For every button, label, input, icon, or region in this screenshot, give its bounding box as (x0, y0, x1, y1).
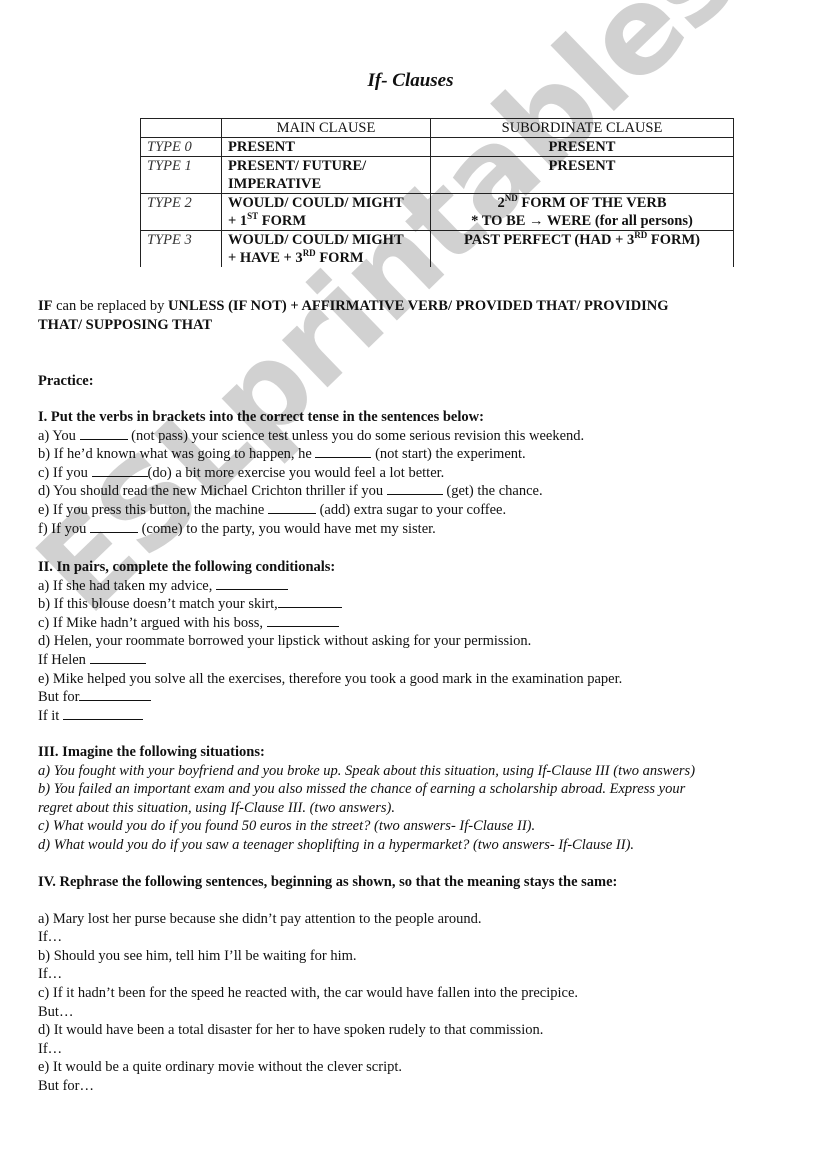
exercise-item: If it (38, 707, 622, 726)
answer-blank[interactable] (267, 614, 339, 627)
item-text: c) If you (38, 465, 92, 481)
cell-line: * TO BE → WERE (for all persons) (437, 212, 727, 230)
section-2-heading: II. In pairs, complete the following con… (38, 558, 622, 577)
exercise-item: d) It would have been a total disaster f… (38, 1021, 617, 1040)
table-row: TYPE 0PRESENTPRESENT (141, 138, 734, 157)
worksheet-page: ESLprintables.com If- Clauses MAIN CLAUS… (0, 0, 821, 1169)
exercise-item: But… (38, 1003, 617, 1022)
subordinate-clause-cell: PRESENT (431, 157, 734, 194)
exercise-item: regret about this situation, using If-Cl… (38, 799, 695, 818)
exercise-item: a) If she had taken my advice, (38, 577, 622, 596)
exercise-item: d) What would you do if you saw a teenag… (38, 836, 695, 855)
section-1: I. Put the verbs in brackets into the co… (38, 408, 584, 538)
exercise-item: If Helen (38, 651, 622, 670)
if-clauses-table: MAIN CLAUSE SUBORDINATE CLAUSE TYPE 0PRE… (140, 118, 734, 267)
exercise-item: e) If you press this button, the machine… (38, 501, 584, 520)
exercise-item: d) Helen, your roommate borrowed your li… (38, 632, 622, 651)
superscript: ND (505, 193, 518, 203)
superscript: RD (634, 230, 647, 240)
section-1-items: a) You (not pass) your science test unle… (38, 427, 584, 539)
item-text: d) You should read the new Michael Crich… (38, 483, 387, 499)
main-clause-cell: WOULD/ COULD/ MIGHT+ HAVE + 3RD FORM (222, 231, 431, 268)
table-row: TYPE 3WOULD/ COULD/ MIGHT+ HAVE + 3RD FO… (141, 231, 734, 268)
exercise-item: b) You failed an important exam and you … (38, 780, 695, 799)
section-4: IV. Rephrase the following sentences, be… (38, 873, 617, 1096)
section-2-items: a) If she had taken my advice, b) If thi… (38, 577, 622, 726)
exercise-item: d) You should read the new Michael Crich… (38, 482, 584, 501)
item-text: (not start) the experiment. (371, 446, 525, 462)
item-text: If Helen (38, 652, 90, 668)
section-3-items: a) You fought with your boyfriend and yo… (38, 762, 695, 855)
exercise-item: a) You (not pass) your science test unle… (38, 427, 584, 446)
item-text: (not pass) your science test unless you … (128, 428, 585, 444)
table-header-cell: MAIN CLAUSE (222, 119, 431, 138)
clause-type-cell: TYPE 1 (141, 157, 222, 194)
answer-blank[interactable] (315, 445, 371, 458)
table-header-cell (141, 119, 222, 138)
item-text: b) If this blouse doesn’t match your ski… (38, 596, 278, 612)
section-4-heading: IV. Rephrase the following sentences, be… (38, 873, 617, 892)
subordinate-clause-cell: PRESENT (431, 138, 734, 157)
item-text: If it (38, 708, 63, 724)
exercise-item: c) What would you do if you found 50 eur… (38, 817, 695, 836)
exercise-item: But for (38, 688, 622, 707)
exercise-item: a) Mary lost her purse because she didn’… (38, 910, 617, 929)
answer-blank[interactable] (79, 688, 151, 701)
practice-label: Practice: (38, 372, 94, 391)
answer-blank[interactable] (92, 464, 148, 477)
cell-line: IMPERATIVE (228, 175, 424, 193)
section-1-heading: I. Put the verbs in brackets into the co… (38, 408, 584, 427)
main-clause-cell: PRESENT/ FUTURE/IMPERATIVE (222, 157, 431, 194)
item-text: a) If she had taken my advice, (38, 578, 216, 594)
superscript: RD (303, 248, 316, 258)
item-text: c) If Mike hadn’t argued with his boss, (38, 615, 267, 631)
item-text: (add) extra sugar to your coffee. (316, 502, 506, 518)
exercise-item: c) If it hadn’t been for the speed he re… (38, 984, 617, 1003)
exercise-item: e) Mike helped you solve all the exercis… (38, 670, 622, 689)
answer-blank[interactable] (80, 427, 128, 440)
section-3: III. Imagine the following situations: a… (38, 743, 695, 855)
item-text: (come) to the party, you would have met … (138, 521, 436, 537)
exercise-item: b) If this blouse doesn’t match your ski… (38, 595, 622, 614)
cell-line: PAST PERFECT (HAD + 3RD FORM) (437, 231, 727, 249)
clause-type-cell: TYPE 3 (141, 231, 222, 268)
cell-line: WOULD/ COULD/ MIGHT (228, 231, 424, 249)
cell-line: PRESENT (228, 138, 424, 156)
section-2: II. In pairs, complete the following con… (38, 558, 622, 725)
exercise-item: If… (38, 928, 617, 947)
exercise-item: f) If you (come) to the party, you would… (38, 520, 584, 539)
subordinate-clause-cell: 2ND FORM OF THE VERB* TO BE → WERE (for … (431, 194, 734, 231)
exercise-item: b) If he’d known what was going to happe… (38, 445, 584, 464)
exercise-item: b) Should you see him, tell him I’ll be … (38, 947, 617, 966)
cell-line: 2ND FORM OF THE VERB (437, 194, 727, 212)
answer-blank[interactable] (63, 707, 143, 720)
cell-line: + HAVE + 3RD FORM (228, 249, 424, 267)
cell-line: + 1ST FORM (228, 212, 424, 230)
section-3-heading: III. Imagine the following situations: (38, 743, 695, 762)
note-plain-text: can be replaced by (53, 298, 169, 314)
main-clause-cell: WOULD/ COULD/ MIGHT+ 1ST FORM (222, 194, 431, 231)
page-title: If- Clauses (0, 70, 821, 92)
item-text: e) If you press this button, the machine (38, 502, 268, 518)
cell-line: PRESENT (437, 157, 727, 175)
main-clause-cell: PRESENT (222, 138, 431, 157)
exercise-item: But for… (38, 1077, 617, 1096)
table-row: TYPE 2WOULD/ COULD/ MIGHT+ 1ST FORM2ND F… (141, 194, 734, 231)
item-text: f) If you (38, 521, 90, 537)
exercise-item: a) You fought with your boyfriend and yo… (38, 762, 695, 781)
exercise-item: If… (38, 1040, 617, 1059)
answer-blank[interactable] (268, 501, 316, 514)
answer-blank[interactable] (90, 651, 146, 664)
spacer (38, 892, 617, 910)
exercise-item: If… (38, 965, 617, 984)
subordinate-clause-cell: PAST PERFECT (HAD + 3RD FORM) (431, 231, 734, 268)
worksheet-content: If- Clauses MAIN CLAUSE SUBORDINATE CLAU… (0, 0, 821, 1169)
item-text: (get) the chance. (443, 483, 543, 499)
note-line-1: IF can be replaced by UNLESS (IF NOT) + … (38, 297, 669, 316)
answer-blank[interactable] (387, 482, 443, 495)
clause-type-cell: TYPE 2 (141, 194, 222, 231)
item-text: d) Helen, your roommate borrowed your li… (38, 633, 531, 649)
table-header-cell: SUBORDINATE CLAUSE (431, 119, 734, 138)
item-text: But for (38, 689, 79, 705)
cell-line: PRESENT/ FUTURE/ (228, 157, 424, 175)
item-text: (do) a bit more exercise you would feel … (148, 465, 445, 481)
item-text: b) If he’d known what was going to happe… (38, 446, 315, 462)
table-body: TYPE 0PRESENTPRESENTTYPE 1PRESENT/ FUTUR… (141, 138, 734, 268)
cell-line: WOULD/ COULD/ MIGHT (228, 194, 424, 212)
table-header-row: MAIN CLAUSE SUBORDINATE CLAUSE (141, 119, 734, 138)
answer-blank[interactable] (278, 595, 342, 608)
clause-type-cell: TYPE 0 (141, 138, 222, 157)
note-alternatives: UNLESS (IF NOT) + AFFIRMATIVE VERB/ PROV… (168, 298, 669, 314)
item-text: a) You (38, 428, 80, 444)
if-replacement-note: IF can be replaced by UNLESS (IF NOT) + … (38, 297, 669, 334)
exercise-item: c) If you (do) a bit more exercise you w… (38, 464, 584, 483)
item-text: e) Mike helped you solve all the exercis… (38, 671, 622, 687)
superscript: ST (247, 211, 258, 221)
note-if-word: IF (38, 298, 53, 314)
exercise-item: c) If Mike hadn’t argued with his boss, (38, 614, 622, 633)
cell-line: PRESENT (437, 138, 727, 156)
exercise-item: e) It would be a quite ordinary movie wi… (38, 1058, 617, 1077)
table-row: TYPE 1PRESENT/ FUTURE/IMPERATIVEPRESENT (141, 157, 734, 194)
answer-blank[interactable] (216, 577, 288, 590)
note-line-2: THAT/ SUPPOSING THAT (38, 316, 669, 335)
section-4-items: a) Mary lost her purse because she didn’… (38, 910, 617, 1096)
answer-blank[interactable] (90, 520, 138, 533)
